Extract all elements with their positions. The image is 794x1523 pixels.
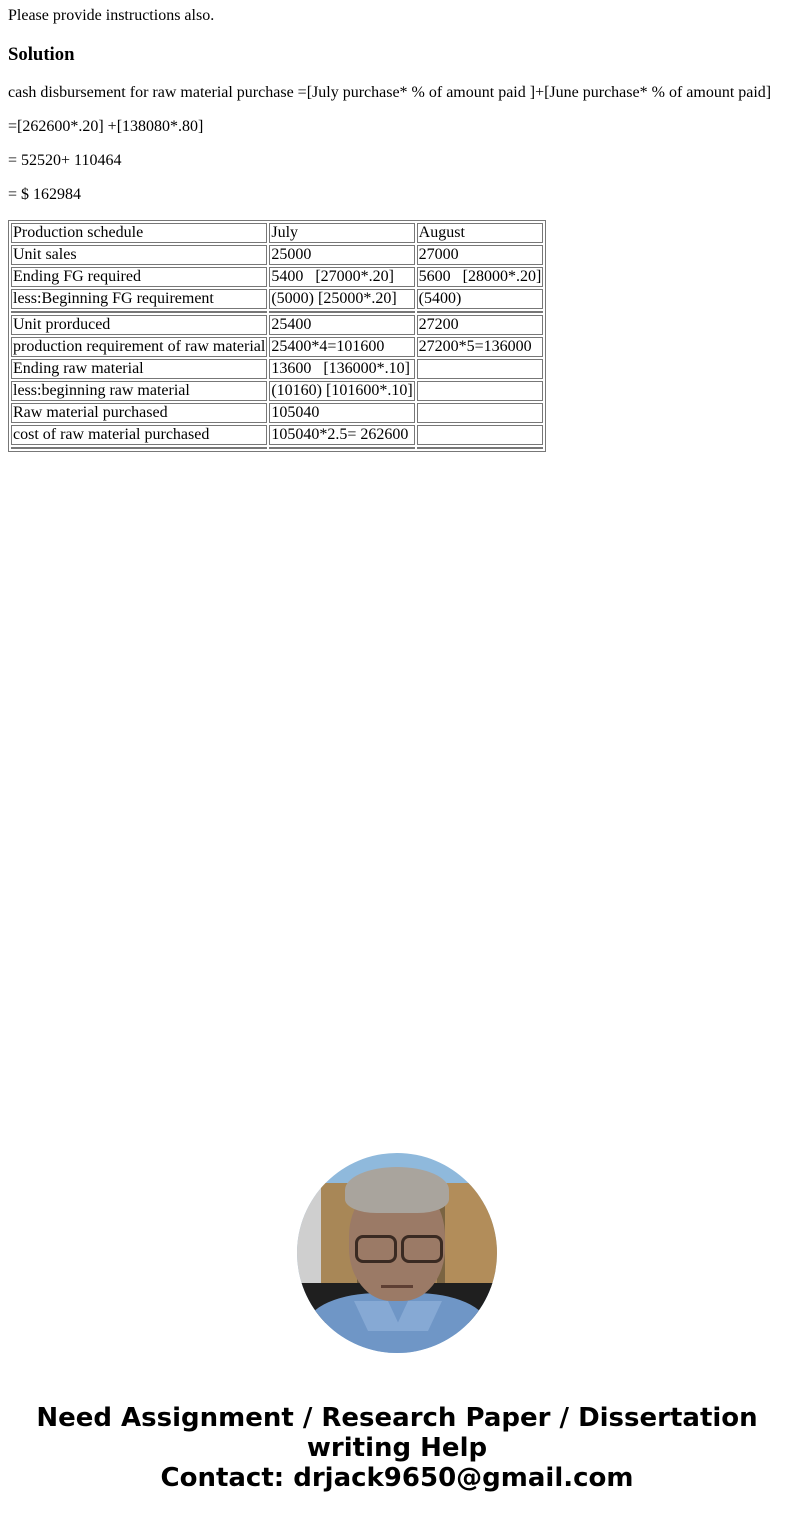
- empty-cell: [11, 447, 267, 449]
- row-label: Ending FG required: [11, 267, 267, 287]
- header-cell-august: August: [417, 223, 544, 243]
- author-avatar: [297, 1153, 497, 1353]
- table-row: Unit sales 25000 27000: [11, 245, 543, 265]
- august-value: (5400): [417, 289, 544, 309]
- header-cell: Production schedule: [11, 223, 267, 243]
- table-spacer-row: [11, 447, 543, 449]
- august-value: 27000: [417, 245, 544, 265]
- august-value: [417, 403, 544, 423]
- avatar-hair: [345, 1167, 449, 1213]
- table-row: production requirement of raw material 2…: [11, 337, 543, 357]
- july-value: 25400: [269, 315, 414, 335]
- header-cell-july: July: [269, 223, 414, 243]
- row-label: Unit sales: [11, 245, 267, 265]
- empty-cell: [269, 311, 414, 313]
- july-value: 5400 [27000*.20]: [269, 267, 414, 287]
- solution-partial-sum: = 52520+ 110464: [8, 152, 786, 170]
- table-row: Unit prorduced 25400 27200: [11, 315, 543, 335]
- solution-substitution: =[262600*.20] +[138080*.80]: [8, 118, 786, 136]
- glasses-icon: [401, 1235, 443, 1263]
- intro-text: Please provide instructions also.: [8, 0, 786, 25]
- empty-cell: [417, 311, 544, 313]
- solution-total: = $ 162984: [8, 186, 786, 204]
- table-header-row: Production schedule July August: [11, 223, 543, 243]
- july-value: 105040*2.5= 262600: [269, 425, 414, 445]
- july-value: 25400*4=101600: [269, 337, 414, 357]
- empty-cell: [269, 447, 414, 449]
- table-row: less:Beginning FG requirement (5000) [25…: [11, 289, 543, 309]
- empty-cell: [11, 311, 267, 313]
- july-value: (10160) [101600*.10]: [269, 381, 414, 401]
- august-value: [417, 425, 544, 445]
- july-value: 105040: [269, 403, 414, 423]
- july-value: 25000: [269, 245, 414, 265]
- solution-heading: Solution: [8, 25, 786, 66]
- july-value: 13600 [136000*.10]: [269, 359, 414, 379]
- table-spacer-row: [11, 311, 543, 313]
- table-row: Ending FG required 5400 [27000*.20] 5600…: [11, 267, 543, 287]
- row-label: Ending raw material: [11, 359, 267, 379]
- row-label: less:Beginning FG requirement: [11, 289, 267, 309]
- row-label: production requirement of raw material: [11, 337, 267, 357]
- august-value: 5600 [28000*.20]: [417, 267, 544, 287]
- table-row: less:beginning raw material (10160) [101…: [11, 381, 543, 401]
- promo-line-1: Need Assignment / Research Paper / Disse…: [0, 1403, 794, 1433]
- august-value: [417, 359, 544, 379]
- table-row: Raw material purchased 105040: [11, 403, 543, 423]
- table-row: cost of raw material purchased 105040*2.…: [11, 425, 543, 445]
- solution-formula: cash disbursement for raw material purch…: [8, 84, 786, 102]
- promo-footer: Need Assignment / Research Paper / Disse…: [0, 1403, 794, 1493]
- august-value: 27200*5=136000: [417, 337, 544, 357]
- production-schedule-table: Production schedule July August Unit sal…: [8, 220, 546, 452]
- promo-contact: Contact: drjack9650@gmail.com: [0, 1463, 794, 1493]
- july-value: (5000) [25000*.20]: [269, 289, 414, 309]
- avatar-mouth: [381, 1285, 413, 1288]
- august-value: [417, 381, 544, 401]
- table-row: Ending raw material 13600 [136000*.10]: [11, 359, 543, 379]
- promo-line-2: writing Help: [0, 1433, 794, 1463]
- empty-cell: [417, 447, 544, 449]
- glasses-icon: [355, 1235, 397, 1263]
- document-body: Please provide instructions also. Soluti…: [0, 0, 794, 452]
- august-value: 27200: [417, 315, 544, 335]
- row-label: less:beginning raw material: [11, 381, 267, 401]
- row-label: cost of raw material purchased: [11, 425, 267, 445]
- row-label: Unit prorduced: [11, 315, 267, 335]
- row-label: Raw material purchased: [11, 403, 267, 423]
